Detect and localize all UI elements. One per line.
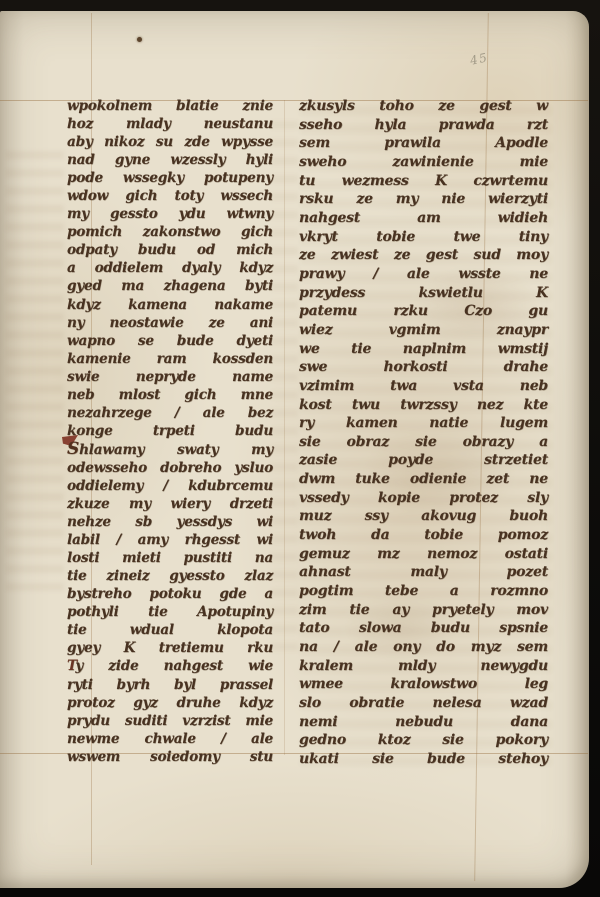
manuscript-text-line: tie wdual klopota <box>67 621 273 639</box>
manuscript-text-line: kralem mldy newygdu <box>299 657 548 676</box>
manuscript-text-line: zasie poyde strzetiet <box>299 451 548 470</box>
manuscript-text-line: oddielemy / kdubrcemu <box>67 477 273 495</box>
manuscript-text-line: ze zwiest ze gest sud moy <box>299 246 548 265</box>
manuscript-text-line: sseho hyla prawda rzt <box>299 116 548 135</box>
manuscript-text-line: prawy / ale wsste ne <box>299 265 548 284</box>
manuscript-text-line: wdow gich toty wssech <box>67 187 273 205</box>
manuscript-text-line: patemu rzku Czo gu <box>299 302 548 321</box>
manuscript-text-line: ny neostawie ze ani <box>67 314 273 332</box>
manuscript-text-line: na / ale ony do myz sem <box>299 638 548 657</box>
manuscript-text-line: wapno se bude dyeti <box>67 332 273 350</box>
manuscript-text-line: wpokolnem blatie znie <box>67 97 273 115</box>
manuscript-text-line: kdyz kamena nakame <box>67 296 273 314</box>
manuscript-text-line: tie zineiz gyessto zlaz <box>67 567 273 585</box>
manuscript-photo: 45 ¶ wpokolnem blatie zniehoz mlady neus… <box>0 0 600 897</box>
manuscript-text-line: labil / amy rhgesst wi <box>67 531 273 549</box>
manuscript-text-line: pogtim tebe a rozmno <box>299 582 548 601</box>
manuscript-text-line: vssedy kopie protez sly <box>299 489 548 508</box>
manuscript-text-line: ryti byrh byl prassel <box>67 676 273 694</box>
manuscript-text-line: nemi nebudu dana <box>299 713 548 732</box>
manuscript-text-line: gemuz mz nemoz ostati <box>299 545 548 564</box>
manuscript-text-line: nehze sb yessdys wi <box>67 513 273 531</box>
manuscript-text-line: przydess kswietlu K <box>299 284 548 303</box>
ruling-line-gutter-vertical <box>284 100 285 755</box>
manuscript-text-line: zkuze my wiery drzeti <box>67 495 273 513</box>
manuscript-text-line: bystreho potoku gde a <box>67 585 273 603</box>
manuscript-text-line: pode wssegky potupeny <box>67 169 273 187</box>
manuscript-text-line: odewsseho dobreho ysluo <box>67 459 273 477</box>
manuscript-text-line: konge trpeti budu <box>67 422 273 440</box>
manuscript-text-line: Ty zide nahgest wie <box>67 657 273 675</box>
manuscript-text-line: losti mieti pustiti na <box>67 549 273 567</box>
manuscript-text-line: wswem soiedomy stu <box>67 748 273 766</box>
manuscript-text-line: a oddielem dyaly kdyz <box>67 259 273 277</box>
manuscript-text-line: slo obratie nelesa wzad <box>299 694 548 713</box>
manuscript-text-line: wiez vgmim znaypr <box>299 321 548 340</box>
text-column-left: wpokolnem blatie zniehoz mlady neustanua… <box>67 97 273 766</box>
manuscript-text-line: we tie naplnim wmstij <box>299 340 548 359</box>
manuscript-text-line: rsku ze my nie wierzyti <box>299 190 548 209</box>
manuscript-text-line: nad gyne wzessly hyli <box>67 151 273 169</box>
manuscript-text-line: hoz mlady neustanu <box>67 115 273 133</box>
manuscript-text-line: tu wezmess K czwrtemu <box>299 172 548 191</box>
manuscript-text-line: pomich zakonstwo gich <box>67 223 273 241</box>
manuscript-text-line: pothyli tie Apotupiny <box>67 603 273 621</box>
manuscript-text-line: swie nepryde name <box>67 368 273 386</box>
manuscript-text-line: nahgest am widieh <box>299 209 548 228</box>
manuscript-text-line: zim tie ay pryetely mov <box>299 601 548 620</box>
manuscript-text-line: aby nikoz su zde wpysse <box>67 133 273 151</box>
manuscript-text-line: kamenie ram kossden <box>67 350 273 368</box>
manuscript-text-line: tato slowa budu spsnie <box>299 619 548 638</box>
manuscript-text-line: vkryt tobie twe tiny <box>299 228 548 247</box>
manuscript-text-line: swe horkosti drahe <box>299 358 548 377</box>
parchment-page: 45 ¶ wpokolnem blatie zniehoz mlady neus… <box>0 11 589 888</box>
manuscript-text-line: zkusyls toho ze gest w <box>299 97 548 116</box>
manuscript-text-line: sem prawila Apodle <box>299 134 548 153</box>
wormhole-dot <box>137 37 142 42</box>
manuscript-text-line: gedno ktoz sie pokory <box>299 731 548 750</box>
manuscript-text-line: vzimim twa vsta neb <box>299 377 548 396</box>
manuscript-text-line: sweho zawinienie mie <box>299 153 548 172</box>
manuscript-text-line: Shlawamy swaty my <box>67 440 273 459</box>
manuscript-text-line: twoh da tobie pomoz <box>299 526 548 545</box>
manuscript-text-line: dwm tuke odienie zet ne <box>299 470 548 489</box>
manuscript-text-line: prydu suditi vzrzist mie <box>67 712 273 730</box>
manuscript-text-line: odpaty budu od mich <box>67 241 273 259</box>
text-column-right: zkusyls toho ze gest wsseho hyla prawda … <box>299 97 548 769</box>
manuscript-text-line: ry kamen natie lugem <box>299 414 548 433</box>
manuscript-text-line: sie obraz sie obrazy a <box>299 433 548 452</box>
manuscript-text-line: my gessto ydu wtwny <box>67 205 273 223</box>
manuscript-text-line: ahnast maly pozet <box>299 563 548 582</box>
manuscript-text-line: wmee kralowstwo leg <box>299 675 548 694</box>
manuscript-text-line: newme chwale / ale <box>67 730 273 748</box>
manuscript-text-line: gyed ma zhagena byti <box>67 277 273 295</box>
manuscript-text-line: protoz gyz druhe kdyz <box>67 694 273 712</box>
manuscript-text-line: neb mlost gich mne <box>67 386 273 404</box>
manuscript-text-line: ukati sie bude stehoy <box>299 750 548 769</box>
manuscript-text-line: gyey K tretiemu rku <box>67 639 273 657</box>
manuscript-text-line: muz ssy akovug buoh <box>299 507 548 526</box>
showthrough-left-margin <box>6 151 64 601</box>
manuscript-text-line: nezahrzege / ale bez <box>67 404 273 422</box>
manuscript-text-line: kost twu twrzssy nez kte <box>299 396 548 415</box>
